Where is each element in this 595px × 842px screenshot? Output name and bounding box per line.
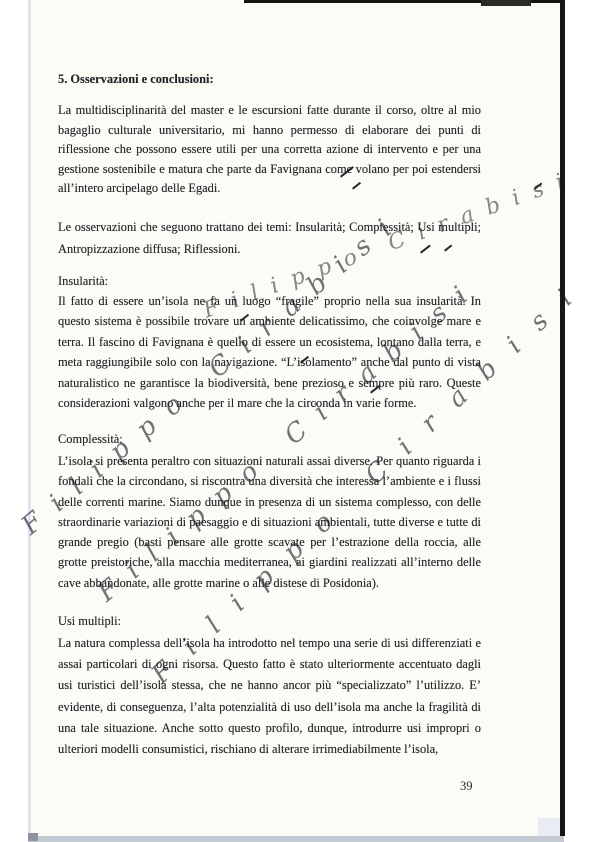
text-line: meta raggiungibile solo con la navigazio… [58,352,481,372]
scan-edge-right [560,0,565,836]
scan-edge-bottom [28,836,564,842]
text-line: gestione sostenibile e matura che parte … [58,160,481,180]
text-line: Le osservazioni che seguono trattano dei… [58,216,481,238]
text-line: straordinarie variazioni di paesaggio e … [58,512,481,532]
text-line: bagaglio culturale universitario, mi han… [58,121,481,141]
scan-edge-top-mark [481,0,531,6]
scan-corner-mark [28,833,38,841]
section-heading-insularita: Insularità: [58,271,481,291]
text-line: considerazioni valgono anche per il mare… [58,393,481,413]
section-heading-conclusioni: 5. Osservazioni e conclusioni: [58,69,481,89]
text-line: riflessione che possono essere utili per… [58,140,481,160]
text-line: Il fatto di essere un’isola ne fa un luo… [58,291,481,311]
text-line: L’isola si presenta peraltro con situazi… [58,451,481,471]
scan-corner-shadow [538,818,560,836]
paragraph-usi-multipli: La natura complessa dell’isola ha introd… [58,633,481,760]
paragraph-insularita: Il fatto di essere un’isola ne fa un luo… [58,291,481,413]
text-line: evidente, di conseguenza, l’alta potenzi… [58,697,481,718]
text-line: grande pregio (basti pensare alle grotte… [58,532,481,552]
text-line: La multidisciplinarità del master e le e… [58,101,481,121]
text-line: assai particolari di ogni risorsa. Quest… [58,654,481,675]
text-line: delle correnti marine. Siamo dunque in p… [58,492,481,512]
paragraph-complessita: L’isola si presenta peraltro con situazi… [58,451,481,593]
text-line: all’intero arcipelago delle Egadi. [58,179,481,199]
text-line: La natura complessa dell’isola ha introd… [58,633,481,654]
text-line: questo sistema è possibile trovare un am… [58,311,481,331]
text-line: grotte preistoriche, alla macchia medite… [58,552,481,572]
text-line: Antropizzazione diffusa; Riflessioni. [58,238,481,260]
text-line: ulteriori modelli consumistici, rischian… [58,739,481,760]
paragraph-temi: Le osservazioni che seguono trattano dei… [58,216,481,260]
page-number: 39 [460,779,473,794]
text-line: cave abbandonate, alle grotte marine o a… [58,573,481,593]
section-heading-complessita: Complessità: [58,429,481,449]
text-line: naturalistico ne garantisce la biodivers… [58,373,481,393]
paragraph-intro: La multidisciplinarità del master e le e… [58,101,481,199]
text-line: fondali che la circondano, si riscontra … [58,471,481,491]
text-line: terra. Il fascino di Favignana è quello … [58,332,481,352]
text-line: usi turistici dell’isola stessa, che ne … [58,675,481,696]
scan-edge-left [28,0,31,838]
text-line: una tale situazione. Anche sotto questo … [58,718,481,739]
section-heading-usi-multipli: Usi multipli: [58,611,481,631]
